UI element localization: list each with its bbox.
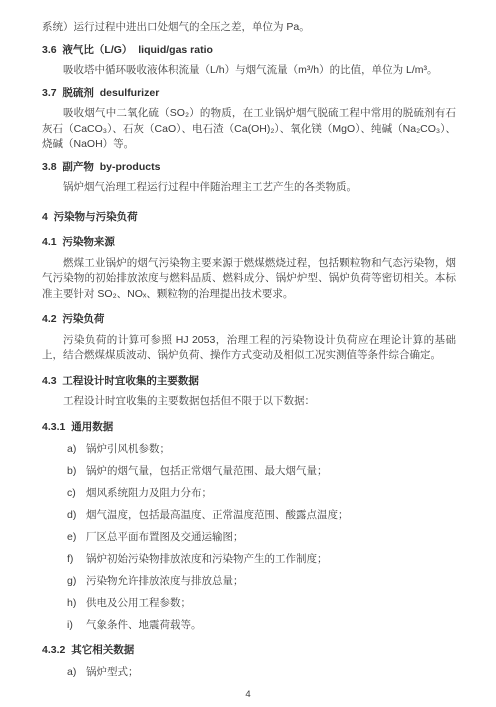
list-item-text: 厂区总平面布置图及交通运输图； [86, 531, 244, 543]
list-item-a-boiler-type: a)锅炉型式； [42, 665, 456, 681]
paragraph-continuation-full-pressure-difference: 系统）运行过程中进出口处烟气的全压之差，单位为 Pa。 [42, 20, 456, 36]
page-number: 4 [0, 687, 496, 703]
list-item-marker: i) [67, 618, 86, 634]
list-item-text: 锅炉的烟气量，包括正常烟气量范围、最大烟气量； [86, 465, 328, 477]
list-item-marker: d) [67, 508, 86, 524]
paragraph-by-products-definition: 锅炉烟气治理工程运行过程中伴随治理主工艺产生的各类物质。 [42, 180, 456, 196]
list-item-text: 烟风系统阻力及阻力分布； [86, 487, 212, 499]
list-item-c-system-resistance: c)烟风系统阻力及阻力分布； [42, 486, 456, 502]
list-item-g-allowed-emission: g)污染物允许排放浓度与排放总量； [42, 574, 456, 590]
section-heading-3-8-by-products: 3.8 副产物 by-products [42, 160, 456, 176]
section-heading-4-3-1-general-data: 4.3.1 通用数据 [42, 420, 456, 436]
section-heading-3-7-desulfurizer: 3.7 脱硫剂 desulfurizer [42, 86, 456, 102]
list-item-h-power-utility: h)供电及公用工程参数； [42, 596, 456, 612]
list-item-f-initial-emission: f)锅炉初始污染物排放浓度和污染物产生的工作制度； [42, 552, 456, 568]
list-item-marker: g) [67, 574, 86, 590]
section-heading-4-1-pollutant-sources: 4.1 污染物来源 [42, 235, 456, 251]
section-heading-4-3-main-design-data: 4.3 工程设计时宜收集的主要数据 [42, 374, 456, 390]
paragraph-pollutant-sources: 燃煤工业锅炉的烟气污染物主要来源于燃煤燃烧过程，包括颗粒物和气态污染物，烟气污染… [42, 256, 456, 303]
list-item-text: 气象条件、地震荷载等。 [86, 619, 202, 631]
list-item-text: 烟气温度，包括最高温度、正常温度范围、酸露点温度； [86, 509, 349, 521]
paragraph-desulfurizer-definition: 吸收烟气中二氧化硫（SO₂）的物质，在工业锅炉烟气脱硫工程中常用的脱硫剂有石灰石… [42, 106, 456, 153]
list-item-marker: f) [67, 552, 86, 568]
paragraph-pollution-load: 污染负荷的计算可参照 HJ 2053，治理工程的污染物设计负荷应在理论计算的基础… [42, 333, 456, 364]
list-item-marker: c) [67, 486, 86, 502]
section-heading-4-2-pollution-load: 4.2 污染负荷 [42, 312, 456, 328]
list-item-text: 锅炉型式； [86, 666, 139, 678]
chapter-heading-4-pollutants-and-load: 4 污染物与污染负荷 [42, 210, 456, 226]
list-item-b-flue-gas-volume: b)锅炉的烟气量，包括正常烟气量范围、最大烟气量； [42, 464, 456, 480]
list-item-marker: h) [67, 596, 86, 612]
paragraph-liquid-gas-ratio-definition: 吸收塔中循环吸收液体积流量（L/h）与烟气流量（m³/h）的比值，单位为 L/m… [42, 63, 456, 79]
list-item-text: 锅炉引风机参数； [86, 443, 170, 455]
document-page: 系统）运行过程中进出口处烟气的全压之差，单位为 Pa。 3.6 液气比（L/G）… [0, 0, 496, 707]
list-item-d-flue-gas-temperature: d)烟气温度，包括最高温度、正常温度范围、酸露点温度； [42, 508, 456, 524]
section-heading-4-3-2-other-related-data: 4.3.2 其它相关数据 [42, 643, 456, 659]
list-item-e-site-layout: e)厂区总平面布置图及交通运输图； [42, 530, 456, 546]
list-item-marker: a) [67, 442, 86, 458]
list-item-i-meteorology-seismic: i)气象条件、地震荷载等。 [42, 618, 456, 634]
list-item-a-fan-parameters: a)锅炉引风机参数； [42, 442, 456, 458]
list-item-marker: b) [67, 464, 86, 480]
list-item-text: 污染物允许排放浓度与排放总量； [86, 575, 244, 587]
section-heading-3-6-liquid-gas-ratio: 3.6 液气比（L/G） liquid/gas ratio [42, 43, 456, 59]
paragraph-main-design-data-intro: 工程设计时宜收集的主要数据包括但不限于以下数据： [42, 394, 456, 410]
list-item-marker: e) [67, 530, 86, 546]
list-item-text: 锅炉初始污染物排放浓度和污染物产生的工作制度； [86, 553, 328, 565]
list-item-marker: a) [67, 665, 86, 681]
list-item-text: 供电及公用工程参数； [86, 597, 191, 609]
